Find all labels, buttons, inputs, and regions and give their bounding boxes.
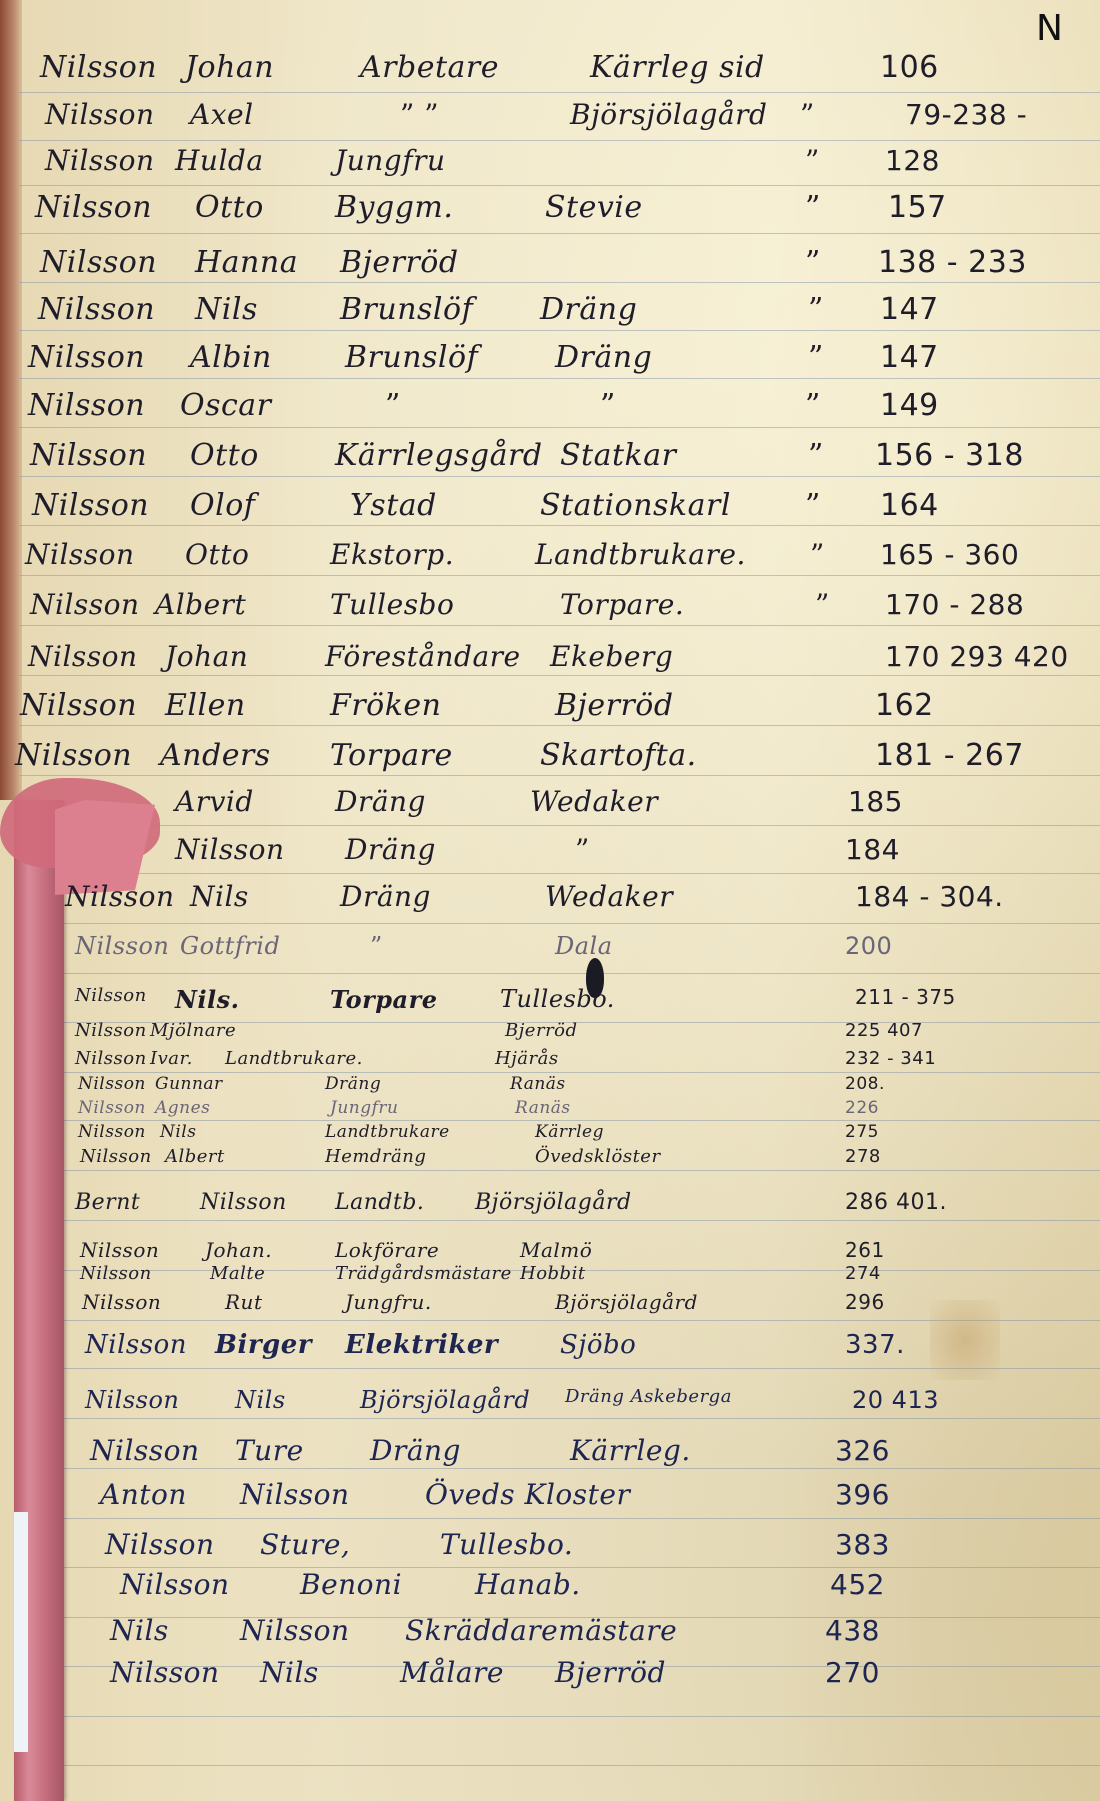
residence: Kärrleg. — [570, 1434, 691, 1467]
surname: Nilsson — [80, 1146, 152, 1167]
given-name: Mjölnare — [150, 1020, 236, 1041]
occupation-place: Kärrlegsgård — [335, 438, 543, 473]
occupation-place: Jungfru. — [345, 1290, 432, 1314]
occupation-place: ” — [385, 388, 401, 423]
page-ref: 79-238 - — [905, 98, 1027, 131]
page-ref: 278 — [845, 1146, 881, 1167]
occupation-place: Torpare — [330, 985, 438, 1014]
given-name: Gunnar — [155, 1074, 223, 1094]
page-ref: 147 — [880, 292, 939, 327]
residence: Ekeberg — [550, 640, 673, 673]
occupation-place: Ystad — [350, 488, 437, 523]
ruled-line — [20, 1072, 1100, 1073]
residence: Tullesbo. — [500, 985, 615, 1013]
occupation-place: Öveds Kloster — [425, 1478, 630, 1511]
page-ref: 128 — [885, 144, 940, 177]
occupation-place: Björsjölagård — [360, 1386, 530, 1414]
page-ref: 225 407 — [845, 1020, 923, 1041]
ditto-mark: ” — [805, 245, 821, 280]
residence: Hjärås — [495, 1048, 559, 1069]
page-ref: 396 — [835, 1478, 890, 1511]
book-edge — [0, 0, 22, 800]
surname: Nilsson — [110, 1656, 220, 1689]
ruled-line — [20, 575, 1100, 576]
occupation-place: Tullesbo — [330, 588, 454, 621]
surname: Nils — [110, 1614, 169, 1647]
page-ref: 106 — [880, 50, 939, 85]
ditto-mark: ” — [808, 292, 824, 327]
residence: Dräng — [555, 340, 652, 375]
given-name: Johan. — [205, 1238, 272, 1262]
occupation-place: Föreståndare — [325, 640, 521, 673]
occupation-place: Dräng — [370, 1434, 461, 1467]
surname: Nilsson — [78, 1074, 146, 1094]
residence: Landtbrukare. — [535, 538, 746, 571]
surname: Nilsson — [28, 340, 145, 375]
surname: Nilsson — [40, 245, 157, 280]
surname: Nilsson — [28, 388, 145, 423]
residence: ” — [575, 833, 590, 866]
given-name: Nils. — [175, 985, 240, 1014]
ruled-line — [20, 427, 1100, 428]
page-ref: 149 — [880, 388, 939, 423]
residence: Torpare. — [560, 588, 684, 621]
ditto-mark: ” — [808, 438, 824, 473]
surname: Nilsson — [80, 1238, 159, 1262]
ruled-line — [20, 675, 1100, 676]
occupation-place: Brunslöf — [340, 292, 473, 327]
ruled-line — [20, 140, 1100, 141]
given-name: Albin — [190, 340, 272, 375]
residence: Dräng — [540, 292, 637, 327]
surname: Nilsson — [80, 1263, 152, 1284]
occupation-place: Dräng — [345, 833, 436, 866]
occupation-place: Brunslöf — [345, 340, 478, 375]
occupation-place: Fröken — [330, 688, 441, 723]
occupation-place: Jungfru — [330, 1098, 398, 1118]
page-ref: 138 - 233 — [878, 245, 1027, 280]
occupation-place: Målare — [400, 1656, 504, 1689]
page-ref: 181 - 267 — [875, 738, 1024, 773]
ruled-line — [20, 775, 1100, 776]
given-name: Johan — [185, 50, 274, 85]
page-ref: 170 293 420 — [885, 640, 1069, 673]
surname: Nilsson — [45, 144, 155, 177]
residence: Bjerröd — [555, 688, 674, 723]
page-ref: 184 — [845, 833, 900, 866]
occupation-place: Jungfru — [335, 144, 446, 177]
residence: Ranäs — [510, 1074, 566, 1094]
given-name: Birger — [215, 1330, 312, 1360]
page-ref: 438 — [825, 1614, 880, 1647]
residence: Björsjölagård — [555, 1290, 698, 1314]
given-name: Agnes — [155, 1098, 210, 1118]
ruled-line — [20, 725, 1100, 726]
occupation-place: Dräng — [340, 880, 431, 913]
ditto-mark: ” — [805, 190, 821, 225]
given-name: Oscar — [180, 388, 272, 423]
ditto-mark: ” — [815, 588, 830, 621]
given-name: Olof — [190, 488, 255, 523]
ditto-mark: ” — [810, 538, 825, 571]
surname: Nilsson — [75, 985, 147, 1006]
page-ref: 226 — [845, 1098, 879, 1118]
occupation-place: Byggm. — [335, 190, 453, 225]
ruled-line — [20, 1765, 1100, 1766]
occupation-place: Ekstorp. — [330, 538, 454, 571]
residence: Hobbit — [520, 1263, 586, 1284]
residence: Kärrleg — [535, 1122, 604, 1142]
surname: Nilsson — [78, 1122, 146, 1142]
surname: Nilsson — [45, 98, 155, 131]
residence: Wedaker — [530, 785, 658, 818]
surname: Nilsson — [28, 640, 138, 673]
surname: Nilsson — [25, 538, 135, 571]
given-name: Nils — [235, 1386, 286, 1414]
given-name: Nilsson — [200, 1190, 287, 1215]
residence: Stationskarl — [540, 488, 731, 523]
given-name: Axel — [190, 98, 254, 131]
surname: Nilsson — [20, 688, 137, 723]
occupation-place: Tullesbo. — [440, 1528, 573, 1561]
given-name: Rut — [225, 1290, 262, 1314]
residence: Björsjölagård — [570, 98, 767, 131]
page-ref: 337. — [845, 1330, 905, 1360]
page-ref: 200 — [845, 932, 892, 960]
residence: Björsjölagård — [475, 1190, 632, 1215]
occupation-place: Bjerröd — [340, 245, 459, 280]
occupation-place: Dräng — [335, 785, 426, 818]
given-name: Nilsson — [240, 1614, 350, 1647]
given-name: Benoni — [300, 1568, 402, 1601]
page-ref: 275 — [845, 1122, 879, 1142]
residence: Malmö — [520, 1238, 592, 1262]
page-ref: 296 — [845, 1290, 885, 1314]
occupation-place: Arbetare — [360, 50, 499, 85]
given-name: Sture, — [260, 1528, 350, 1561]
occupation-place: Hanab. — [475, 1568, 581, 1601]
ledger-page: N Nilsson Johan Arbetare Kärrleg sid 106… — [0, 0, 1100, 1801]
residence: Skartofta. — [540, 738, 697, 773]
ruled-line — [20, 1716, 1100, 1717]
occupation-place: ” — [370, 932, 383, 960]
given-name: Ture — [235, 1434, 304, 1467]
given-name: Ivar. — [150, 1048, 193, 1069]
occupation-place: Hemdräng — [325, 1146, 426, 1167]
surname: Nilsson — [82, 1290, 161, 1314]
surname: Nilsson — [38, 292, 155, 327]
given-name: Nilsson — [240, 1478, 350, 1511]
residence: Övedsklöster — [535, 1146, 661, 1167]
ruled-line — [20, 476, 1100, 477]
occupation-place: Skräddaremästare — [405, 1614, 677, 1647]
page-ref: 162 — [875, 688, 934, 723]
surname: Anton — [100, 1478, 187, 1511]
given-name: Nils — [260, 1656, 319, 1689]
surname: Nilsson — [15, 738, 132, 773]
ruled-line — [20, 625, 1100, 626]
occupation-place: Trädgårdsmästare — [335, 1263, 512, 1284]
residence: Bjerröd — [555, 1656, 666, 1689]
page-ref: 232 - 341 — [845, 1048, 936, 1069]
occupation-place: Lokförare — [335, 1238, 439, 1262]
page-ref: 274 — [845, 1263, 881, 1284]
given-name: Anders — [160, 738, 271, 773]
ditto-mark: ” — [805, 144, 820, 177]
given-name: Nils — [160, 1122, 196, 1142]
occupation-place: Elektriker — [345, 1330, 498, 1360]
ruled-line — [20, 923, 1100, 924]
surname: Nilsson — [75, 1048, 147, 1069]
surname: Nilsson — [85, 1386, 179, 1414]
page-ref: 147 — [880, 340, 939, 375]
residence: Statkar — [560, 438, 676, 473]
ruled-line — [20, 378, 1100, 379]
surname: Nilsson — [105, 1528, 215, 1561]
given-name: Otto — [190, 438, 259, 473]
paper-strip — [14, 1512, 28, 1752]
surname: Nilsson — [120, 1568, 230, 1601]
page-ref: 286 401. — [845, 1190, 947, 1215]
page-ref: 184 - 304. — [855, 880, 1004, 913]
page-ref: 20 413 — [852, 1386, 939, 1414]
given-name: Nilsson — [175, 833, 285, 866]
ruled-line — [20, 973, 1100, 974]
ruled-line — [20, 1518, 1100, 1519]
ruled-line — [20, 1418, 1100, 1419]
residence: Dala — [555, 932, 613, 960]
page-ref: 170 - 288 — [885, 588, 1024, 621]
ruled-line — [20, 1468, 1100, 1469]
ditto-mark: ” — [808, 340, 824, 375]
given-name: Nils — [190, 880, 249, 913]
occupation-place: Landtbrukare — [325, 1122, 450, 1142]
surname: Nilsson — [30, 588, 140, 621]
residence: ” — [600, 388, 616, 423]
given-name: Otto — [185, 538, 249, 571]
page-ref: 165 - 360 — [880, 538, 1019, 571]
occupation-place: Landtbrukare. — [225, 1048, 363, 1069]
surname: Nilsson — [78, 1098, 146, 1118]
given-name: Nils — [195, 292, 258, 327]
index-letter: N — [1036, 8, 1063, 49]
ruled-line — [20, 330, 1100, 331]
page-ref: 211 - 375 — [855, 985, 956, 1009]
surname: Nilsson — [32, 488, 149, 523]
page-ref: 383 — [835, 1528, 890, 1561]
page-ref: 270 — [825, 1656, 880, 1689]
ruled-line — [20, 185, 1100, 186]
ruled-line — [20, 825, 1100, 826]
page-ref: 452 — [830, 1568, 885, 1601]
paper-stain — [930, 1300, 1000, 1380]
given-name: Hulda — [175, 144, 264, 177]
surname: Nilsson — [35, 190, 152, 225]
occupation-place: Dräng — [325, 1074, 381, 1094]
ruled-line — [20, 233, 1100, 234]
given-name: Malte — [210, 1263, 265, 1284]
ruled-line — [20, 1120, 1100, 1121]
residence: Dräng Askeberga — [565, 1386, 732, 1407]
surname: Nilsson — [90, 1434, 200, 1467]
surname: Nilsson — [65, 880, 175, 913]
ruled-line — [20, 1220, 1100, 1221]
surname: Nilsson — [30, 438, 147, 473]
residence: Wedaker — [545, 880, 673, 913]
page-ref: 261 — [845, 1238, 885, 1262]
occupation-place: Torpare — [330, 738, 453, 773]
ruled-line — [20, 282, 1100, 283]
given-name: Albert — [155, 588, 246, 621]
given-name: Hanna — [195, 245, 298, 280]
page-ref: 157 — [888, 190, 947, 225]
surname: Bernt — [75, 1190, 140, 1215]
page-ref: 164 — [880, 488, 939, 523]
ruled-line — [20, 1170, 1100, 1171]
page-ref: 185 — [848, 785, 903, 818]
given-name: Gottfrid — [180, 932, 280, 960]
ruled-line — [20, 92, 1100, 93]
residence: Ranäs — [515, 1098, 571, 1118]
ditto-mark: ” — [805, 488, 821, 523]
given-name: Johan — [165, 640, 248, 673]
occupation-place: ” ” — [400, 98, 439, 131]
residence: Sjöbo — [560, 1330, 636, 1360]
given-name: Otto — [195, 190, 264, 225]
surname: Nilsson — [85, 1330, 187, 1360]
given-name: Arvid — [175, 785, 254, 818]
given-name: Ellen — [165, 688, 246, 723]
residence: Stevie — [545, 190, 643, 225]
page-ref: 208. — [845, 1074, 885, 1094]
ruled-line — [20, 873, 1100, 874]
ditto-mark: ” — [805, 388, 821, 423]
surname: Nilsson — [75, 1020, 147, 1041]
residence: Bjerröd — [505, 1020, 578, 1041]
page-ref: 326 — [835, 1434, 890, 1467]
surname: Nilsson — [40, 50, 157, 85]
residence: Kärrleg sid — [590, 50, 765, 85]
surname: Nilsson — [75, 932, 169, 960]
ditto-mark: ” — [800, 98, 815, 131]
ruled-line — [20, 525, 1100, 526]
page-ref: 156 - 318 — [875, 438, 1024, 473]
given-name: Albert — [165, 1146, 225, 1167]
occupation-place: Landtb. — [335, 1190, 424, 1215]
